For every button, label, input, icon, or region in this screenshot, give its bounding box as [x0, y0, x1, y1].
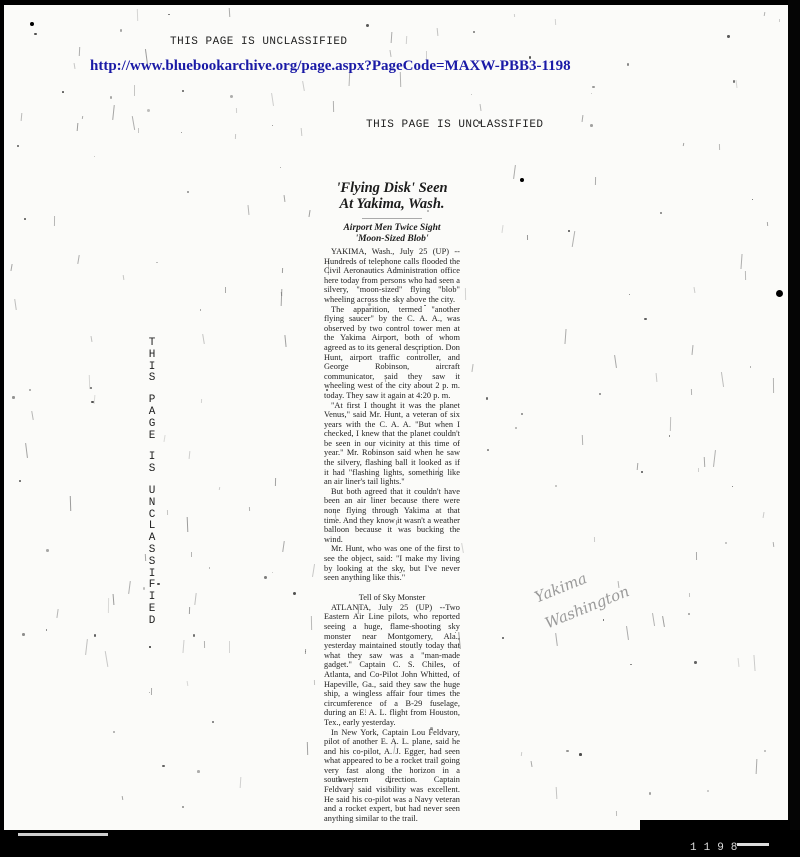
stamp-letter: S	[146, 545, 158, 557]
subhead-line-2: 'Moon-Sized Blob'	[324, 234, 460, 245]
paragraph: Mr. Hunt, who was one of the first to se…	[324, 544, 460, 582]
unclassified-stamp-top: THIS PAGE IS UNCLASSIFIED	[170, 36, 348, 48]
paragraph: But both agreed that it couldn't have be…	[324, 487, 460, 545]
stamp-letter: A	[146, 407, 158, 419]
paragraph: In New York, Captain Lou Feldvary, pilot…	[324, 728, 460, 824]
stamp-letter: U	[146, 486, 158, 498]
stamp-letter: S	[146, 464, 158, 476]
stamp-letter: S	[146, 373, 158, 385]
stamp-letter: D	[146, 616, 158, 628]
paragraph: ATLANTA, July 25 (UP) --Two Eastern Air …	[324, 603, 460, 728]
unclassified-stamp-middle: THIS PAGE IS UNCLASSIFIED	[366, 119, 544, 131]
archive-url-link[interactable]: http://www.bluebookarchive.org/page.aspx…	[90, 58, 571, 75]
paragraph: YAKIMA, Wash., July 25 (UP) --Hundreds o…	[324, 247, 460, 305]
film-mark	[18, 833, 108, 836]
paragraph: The apparition, termed "another flying s…	[324, 305, 460, 401]
unclassified-stamp-vertical: THISPAGEISUNCLASSIFIED	[146, 338, 158, 628]
divider	[362, 218, 422, 219]
film-edge-right	[788, 0, 800, 857]
frame-mark	[737, 843, 769, 846]
clipping-headline: 'Flying Disk' Seen At Yakima, Wash.	[324, 180, 460, 212]
headline-line-1: 'Flying Disk' Seen	[324, 180, 460, 196]
film-edge-bottom	[0, 830, 800, 857]
clipping-subhead: Airport Men Twice Sight 'Moon-Sized Blob…	[324, 223, 460, 245]
stamp-letter: S	[146, 557, 158, 569]
stamp-letter: H	[146, 350, 158, 362]
newspaper-clipping: 'Flying Disk' Seen At Yakima, Wash. Airp…	[324, 180, 460, 823]
stamp-letter: E	[146, 431, 158, 443]
subhead-line-1: Airport Men Twice Sight	[324, 223, 460, 234]
stamp-letter: G	[146, 419, 158, 431]
stamp-letter: N	[146, 498, 158, 510]
section-heading: Tell of Sky Monster	[324, 593, 460, 602]
paragraph: "At first I thought it was the planet Ve…	[324, 401, 460, 487]
headline-line-2: At Yakima, Wash.	[324, 196, 460, 212]
stamp-letter: E	[146, 604, 158, 616]
